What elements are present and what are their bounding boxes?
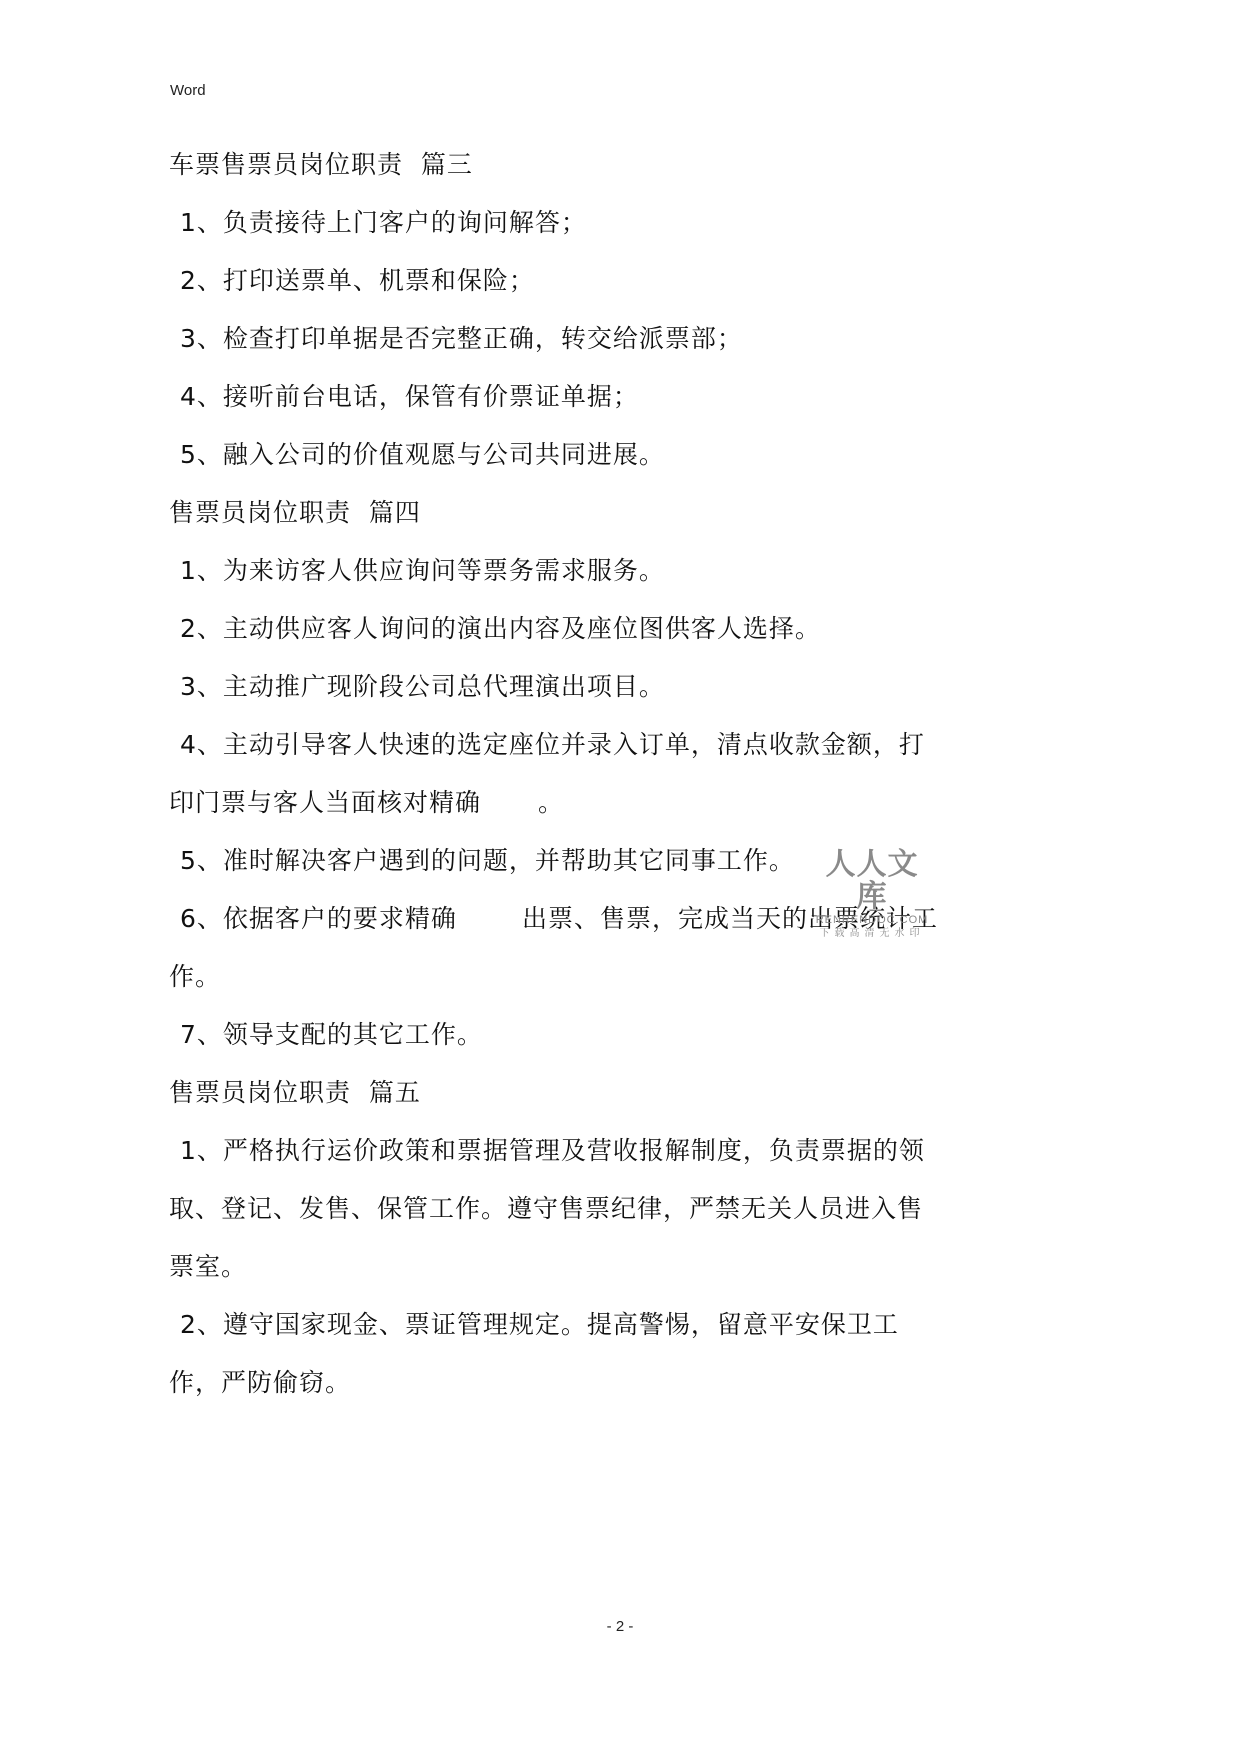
- list-item: 2、主动供应客人询问的演出内容及座位图供客人选择。: [180, 614, 821, 644]
- watermark: 人人文库 RENRENDOC.COM 下载高清无水印: [812, 849, 932, 941]
- list-item: 1、严格执行运价政策和票据管理及营收报解制度，负责票据的领: [180, 1136, 925, 1166]
- watermark-url: RENRENDOC.COM: [812, 913, 932, 927]
- list-item: 3、主动推广现阶段公司总代理演出项目。: [180, 672, 665, 702]
- list-item: 5、准时解决客户遇到的问题，并帮助其它同事工作。: [180, 846, 795, 876]
- list-item-continuation: 作，严防偷窃。: [169, 1368, 351, 1398]
- section-title: 车票售票员岗位职责 篇三: [169, 150, 473, 180]
- list-item: 3、检查打印单据是否完整正确，转交给派票部；: [180, 324, 743, 354]
- list-item-continuation: 票室。: [169, 1252, 247, 1282]
- list-item-continuation-punct: 。: [538, 788, 564, 818]
- watermark-subtitle: 下载高清无水印: [812, 927, 932, 941]
- page-number: - 2 -: [0, 1618, 1240, 1635]
- list-item: 1、为来访客人供应询问等票务需求服务。: [180, 556, 665, 586]
- list-item: 2、打印送票单、机票和保险；: [180, 266, 535, 296]
- list-item: 7、领导支配的其它工作。: [180, 1020, 483, 1050]
- section-title: 售票员岗位职责 篇四: [169, 498, 421, 528]
- list-item-continuation: 取、登记、发售、保管工作。遵守售票纪律，严禁无关人员进入售: [169, 1194, 923, 1224]
- list-item: 4、主动引导客人快速的选定座位并录入订单，清点收款金额，打: [180, 730, 925, 760]
- section-title: 售票员岗位职责 篇五: [169, 1078, 421, 1108]
- watermark-title: 人人文库: [812, 849, 932, 913]
- list-item: 6、依据客户的要求精确: [180, 904, 457, 934]
- list-item-continuation: 印门票与客人当面核对精确: [169, 788, 481, 818]
- list-item: 1、负责接待上门客户的询问解答；: [180, 208, 587, 238]
- document-header-label: Word: [170, 82, 206, 99]
- list-item: 5、融入公司的价值观愿与公司共同进展。: [180, 440, 665, 470]
- list-item: 4、接听前台电话，保管有价票证单据；: [180, 382, 639, 412]
- list-item: 2、遵守国家现金、票证管理规定。提高警惕，留意平安保卫工: [180, 1310, 899, 1340]
- list-item-continuation: 作。: [169, 962, 221, 992]
